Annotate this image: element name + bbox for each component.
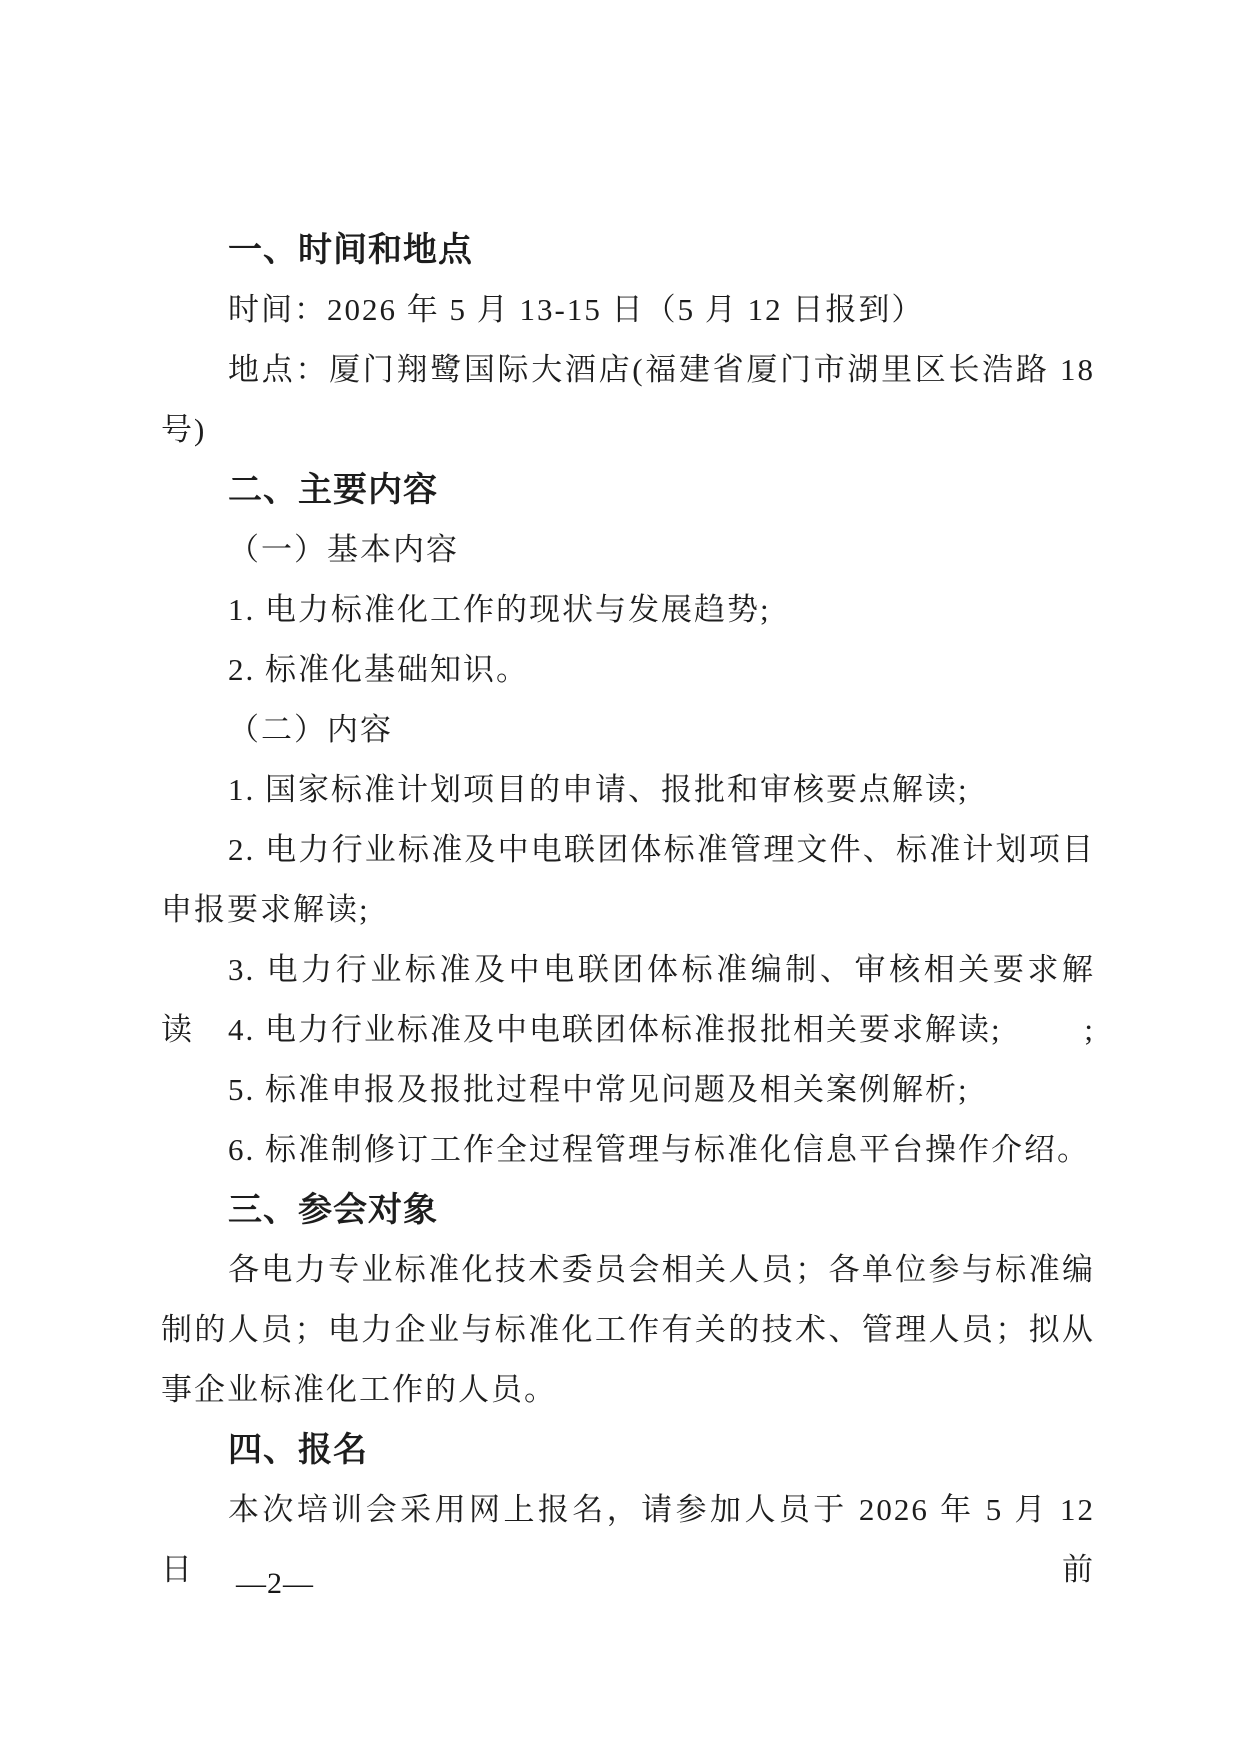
body-line-participants-3: 事企业标准化工作的人员。 [161, 1360, 1095, 1420]
body-line-registration-1: 本次培训会采用网上报名，请参加人员于 2026 年 5 月 12 日前 [161, 1480, 1095, 1540]
section-heading-registration: 四、报名 [161, 1420, 1095, 1480]
section-heading-main-content: 二、主要内容 [161, 460, 1095, 520]
page-number: —2— [236, 1561, 314, 1607]
body-line-basic-item-2: 2. 标准化基础知识。 [161, 640, 1095, 700]
body-line-basic-item-1: 1. 电力标准化工作的现状与发展趋势; [161, 580, 1095, 640]
subheading-basic-content: （一）基本内容 [161, 520, 1095, 580]
subheading-content: （二）内容 [161, 700, 1095, 760]
body-line-location-2: 号) [161, 400, 1095, 460]
body-line-participants-2: 制的人员；电力企业与标准化工作有关的技术、管理人员；拟从 [161, 1300, 1095, 1360]
body-line-content-item-1: 1. 国家标准计划项目的申请、报批和审核要点解读; [161, 760, 1095, 820]
body-line-content-item-2b: 申报要求解读; [161, 880, 1095, 940]
body-line-content-item-2a: 2. 电力行业标准及中电联团体标准管理文件、标准计划项目 [161, 820, 1095, 880]
body-line-location-1: 地点：厦门翔鹭国际大酒店(福建省厦门市湖里区长浩路 18 [161, 340, 1095, 400]
body-line-content-item-3: 3. 电力行业标准及中电联团体标准编制、审核相关要求解读; [161, 940, 1095, 1000]
document-body: 一、时间和地点 时间：2026 年 5 月 13-15 日（5 月 12 日报到… [161, 220, 1095, 1540]
body-line-participants-1: 各电力专业标准化技术委员会相关人员；各单位参与标准编 [161, 1240, 1095, 1300]
body-line-content-item-6: 6. 标准制修订工作全过程管理与标准化信息平台操作介绍。 [161, 1120, 1095, 1180]
section-heading-time-location: 一、时间和地点 [161, 220, 1095, 280]
body-line-content-item-5: 5. 标准申报及报批过程中常见问题及相关案例解析; [161, 1060, 1095, 1120]
body-line-content-item-4: 4. 电力行业标准及中电联团体标准报批相关要求解读; [161, 1000, 1095, 1060]
section-heading-participants: 三、参会对象 [161, 1180, 1095, 1240]
document-page: 一、时间和地点 时间：2026 年 5 月 13-15 日（5 月 12 日报到… [0, 0, 1241, 1754]
body-line-time: 时间：2026 年 5 月 13-15 日（5 月 12 日报到） [161, 280, 1095, 340]
